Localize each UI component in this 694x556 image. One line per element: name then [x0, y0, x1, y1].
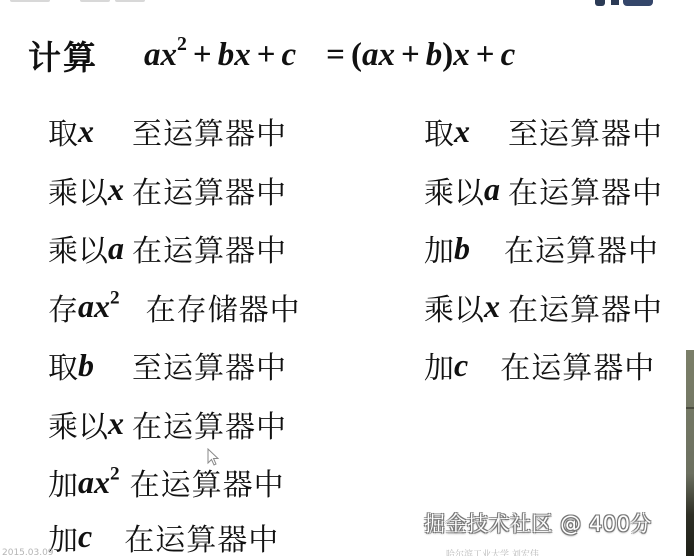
cropped-text-fragment: [80, 0, 110, 2]
step-row: 加c在运算器中: [48, 512, 301, 556]
step-row: 乘以x在运算器中: [48, 395, 301, 454]
step-row: 乘以x在运算器中: [48, 161, 301, 220]
direct-method-steps: 取x至运算器中 乘以x在运算器中 乘以a在运算器中 存ax2在存储器中 取b至运…: [48, 102, 301, 556]
horner-expression: =(ax+b)x+c: [326, 37, 515, 74]
cropped-logo-icon: [595, 0, 655, 7]
horner-method-steps: 取x至运算器中 乘以a在运算器中 加b在运算器中 乘以x在运算器中 加c在运算器…: [424, 102, 663, 395]
slide-date: 2015.03.09: [2, 548, 54, 556]
cropped-text-fragment: [10, 0, 50, 2]
step-row: 加b在运算器中: [424, 219, 663, 278]
step-row: 乘以a在运算器中: [48, 219, 301, 278]
step-row: 取x至运算器中: [48, 102, 301, 161]
polynomial-expression: ax2+bx+c: [144, 37, 296, 74]
step-row: 存ax2在存储器中: [48, 278, 301, 337]
cropped-text-fragment: [115, 0, 145, 2]
step-row: 加ax2在运算器中: [48, 453, 301, 512]
step-row: 乘以x在运算器中: [424, 278, 663, 337]
slide-title: 计算 ax2+bx+c =(ax+b)x+c: [28, 30, 515, 80]
side-panel-edge: [686, 350, 694, 556]
step-row: 取x至运算器中: [424, 102, 663, 161]
step-row: 取b至运算器中: [48, 336, 301, 395]
step-row: 加c在运算器中: [424, 336, 663, 395]
title-label: 计算: [28, 32, 98, 79]
top-cropped-header: [0, 0, 694, 8]
step-row: 乘以a在运算器中: [424, 161, 663, 220]
slide-credit: 哈尔滨工业大学 刘宏伟: [446, 547, 539, 556]
watermark: 掘金技术社区 @ 400分: [424, 508, 652, 538]
